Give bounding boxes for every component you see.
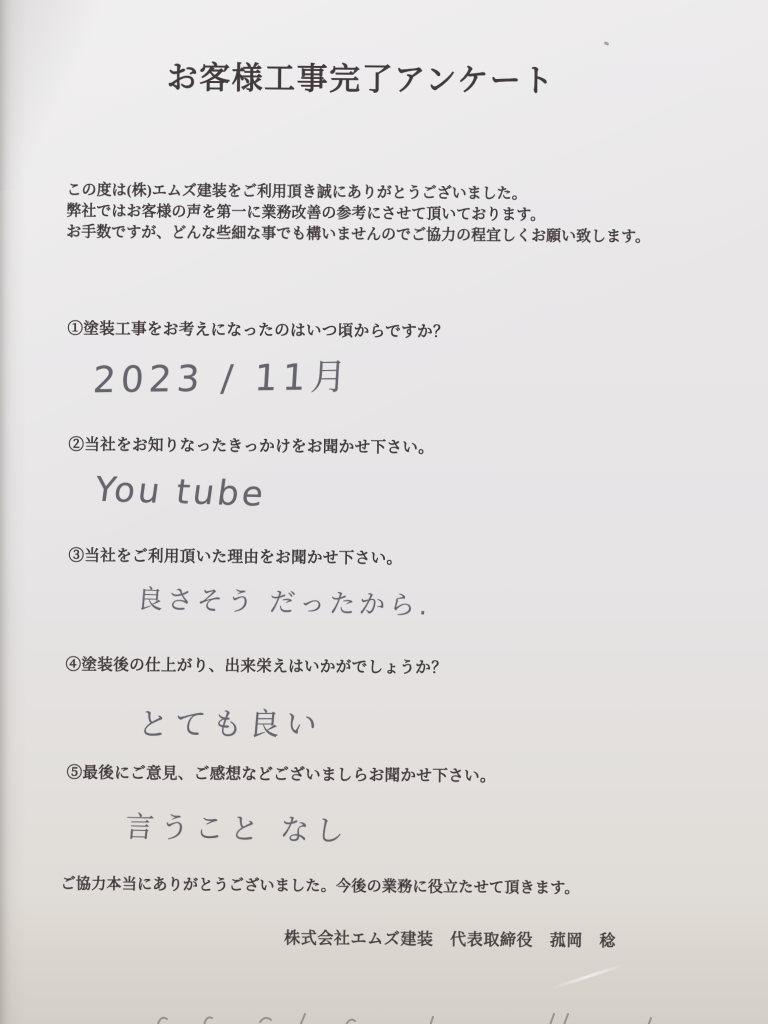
question-2-handwritten-answer: You tube xyxy=(92,470,268,515)
intro-paragraph: この度は(株)エムズ建装をご利用頂き誠にありがとうございました。 弊社ではお客様… xyxy=(66,180,650,248)
company-signature: 株式会社エムズ建装 代表取締役 菰岡 稔 xyxy=(284,925,616,951)
question-5-label: ⑤最後にご意見、ご感想などございましらお聞かせ下さい。 xyxy=(67,760,496,786)
question-1-label: ①塗装工事をお考えになったのはいつ頃からですか？ xyxy=(67,316,449,341)
question-3-handwritten-answer: 良さそう だったから. xyxy=(136,579,433,623)
question-3-label: ③当社をご利用頂いた理由をお聞かせ下さい。 xyxy=(68,543,402,568)
question-5-handwritten-answer: 言うこと なし xyxy=(123,805,352,850)
closing-note: ご協力本当にありがとうございました。今後の業務に役立たせて頂きます。 xyxy=(61,872,580,898)
intro-line: お手数ですが、どんな些細な事でも構いませんのでご協力の程宜しくお願い致します。 xyxy=(66,222,650,248)
question-2-label: ②当社をお知りなったきっかけをお聞かせ下さい。 xyxy=(68,432,434,457)
question-4-label: ④塗装後の仕上がり、出来栄えはいかがでしょうか？ xyxy=(65,652,447,677)
survey-photo: お客様工事完了アンケート この度は(株)エムズ建装をご利用頂き誠にありがとうござ… xyxy=(0,0,768,1024)
page-title: お客様工事完了アンケート xyxy=(167,52,556,100)
survey-form: お客様工事完了アンケート この度は(株)エムズ建装をご利用頂き誠にありがとうござ… xyxy=(0,0,768,1024)
question-1-handwritten-answer: 2023 / 11月 xyxy=(92,349,353,403)
question-4-handwritten-answer: とても良い xyxy=(136,699,325,744)
